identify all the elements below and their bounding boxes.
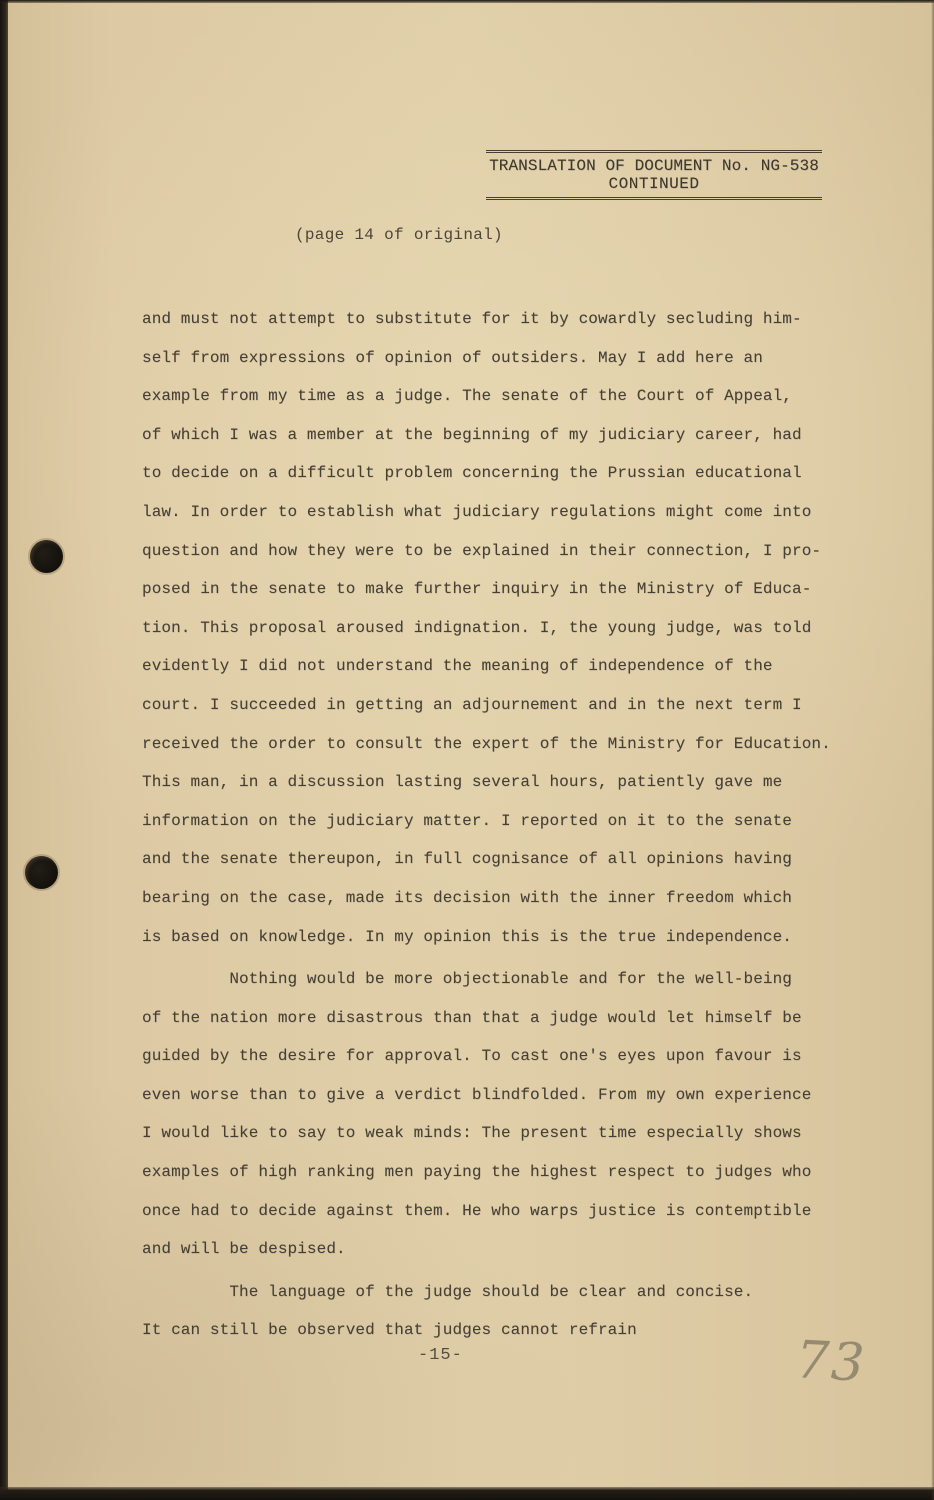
- typed-line: Nothing would be more objectionable and …: [142, 960, 862, 999]
- hole-punch-bottom: [25, 856, 58, 889]
- page-number: -15-: [418, 1346, 463, 1365]
- typed-line: is based on knowledge. In my opinion thi…: [142, 918, 862, 957]
- typed-line: This man, in a discussion lasting severa…: [142, 763, 862, 802]
- typed-line: and the senate thereupon, in full cognis…: [142, 840, 862, 879]
- scan-edge-bottom: [0, 1487, 934, 1500]
- typed-line: question and how they were to be explain…: [142, 532, 862, 571]
- typed-line: examples of high ranking men paying the …: [142, 1153, 862, 1192]
- paragraph: Nothing would be more objectionable and …: [142, 960, 862, 1269]
- typed-line: to decide on a difficult problem concern…: [142, 454, 862, 493]
- stamp-title: TRANSLATION OF DOCUMENT No. NG-538: [486, 156, 822, 176]
- typed-line: once had to decide against them. He who …: [142, 1192, 862, 1231]
- typed-line: evidently I did not understand the meani…: [142, 647, 862, 686]
- typed-line: information on the judiciary matter. I r…: [142, 802, 862, 841]
- typed-line: law. In order to establish what judiciar…: [142, 493, 862, 532]
- scan-edge-top: [0, 0, 934, 3]
- hole-punch-top: [30, 540, 63, 573]
- typed-line: of the nation more disastrous than that …: [142, 999, 862, 1038]
- paragraph: and must not attempt to substitute for i…: [142, 300, 862, 956]
- typed-line: example from my time as a judge. The sen…: [142, 377, 862, 416]
- typed-line: It can still be observed that judges can…: [142, 1311, 862, 1350]
- typed-line: received the order to consult the expert…: [142, 725, 862, 764]
- typed-line: bearing on the case, made its decision w…: [142, 879, 862, 918]
- document-body: and must not attempt to substitute for i…: [142, 300, 862, 1350]
- scan-edge-left: [0, 0, 8, 1500]
- stamp-continued: CONTINUED: [486, 176, 822, 193]
- typed-line: tion. This proposal aroused indignation.…: [142, 609, 862, 648]
- typed-line: and will be despised.: [142, 1230, 862, 1269]
- typed-line: The language of the judge should be clea…: [142, 1273, 862, 1312]
- typed-line: of which I was a member at the beginning…: [142, 416, 862, 455]
- typed-line: self from expressions of opinion of outs…: [142, 339, 862, 378]
- paragraph: The language of the judge should be clea…: [142, 1273, 862, 1350]
- typed-line: I would like to say to weak minds: The p…: [142, 1114, 862, 1153]
- typed-line: court. I succeeded in getting an adjourn…: [142, 686, 862, 725]
- typed-line: guided by the desire for approval. To ca…: [142, 1037, 862, 1076]
- typed-line: posed in the senate to make further inqu…: [142, 570, 862, 609]
- typed-line: and must not attempt to substitute for i…: [142, 300, 862, 339]
- typed-line: even worse than to give a verdict blindf…: [142, 1076, 862, 1115]
- page-reference: (page 14 of original): [295, 226, 503, 244]
- scanned-document-page: TRANSLATION OF DOCUMENT No. NG-538 CONTI…: [0, 0, 934, 1500]
- document-stamp: TRANSLATION OF DOCUMENT No. NG-538 CONTI…: [486, 150, 822, 200]
- handwritten-page-number: 73: [794, 1330, 867, 1394]
